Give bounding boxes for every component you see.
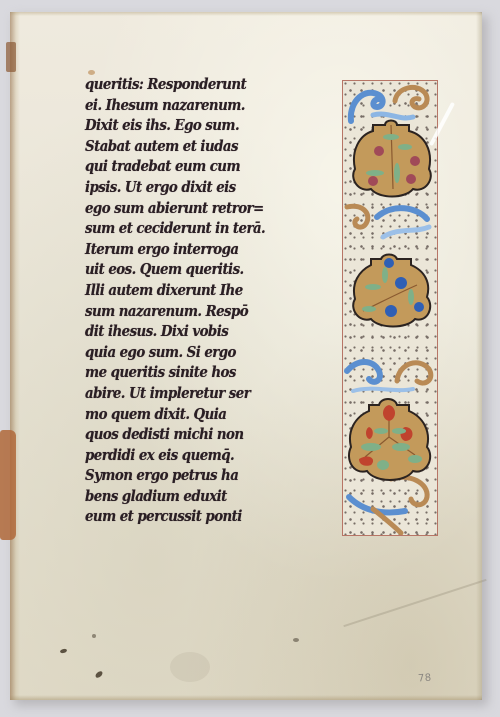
text-line: bens gladium eduxit: [85, 487, 320, 508]
gold-berry-cluster-icon: [349, 253, 435, 331]
right-edge: [476, 12, 482, 700]
text-line: ei. Ihesum nazarenum.: [85, 96, 320, 117]
worn-left-edge: [10, 12, 20, 700]
text-line: sum et ceciderunt in terā.: [85, 219, 320, 240]
stain: [92, 634, 96, 638]
gold-bud-cluster-icon: [345, 397, 435, 487]
text-line: Dixit eis ihs. Ego sum.: [85, 116, 320, 137]
illuminated-border: [342, 80, 438, 536]
acanthus-scroll-icon: [343, 197, 437, 257]
text-line: eum et percussit ponti: [85, 507, 320, 528]
acanthus-scroll-icon: [343, 341, 437, 401]
crease: [343, 579, 486, 627]
text-line: quia ego sum. Si ergo: [85, 343, 320, 364]
text-line: Iterum ergo interroga: [85, 240, 320, 261]
text-line: Symon ergo petrus ha: [85, 466, 320, 487]
text-line: ego sum abierunt retror=: [85, 199, 320, 220]
text-line: qui tradebat eum cum: [85, 157, 320, 178]
text-line: mo quem dixit. Quia: [85, 405, 320, 426]
text-line: perdidi ex eis quemq̄.: [85, 446, 320, 467]
top-edge: [10, 12, 482, 16]
edge-damage: [0, 430, 16, 540]
text-line: dit ihesus. Dixi vobis: [85, 322, 320, 343]
stain: [293, 638, 299, 642]
text-line: abire. Ut impleretur ser: [85, 384, 320, 405]
text-line: me queritis sinite hos: [85, 363, 320, 384]
text-line: ipsis. Ut ergo dixit eis: [85, 178, 320, 199]
stain: [94, 670, 103, 679]
stain: [60, 648, 68, 654]
gold-flower-cluster-icon: [349, 117, 435, 201]
text-line: sum nazarenum. Respō: [85, 302, 320, 323]
text-line: quos dedisti michi non: [85, 425, 320, 446]
manuscript-text: queritis: Responderunt ei. Ihesum nazare…: [85, 75, 340, 528]
folio-number: 78: [418, 673, 432, 685]
stain: [170, 652, 210, 682]
bottom-edge: [10, 695, 482, 700]
text-line: uit eos. Quem queritis.: [85, 260, 320, 281]
text-line: Illi autem dixerunt Ihe: [85, 281, 320, 302]
edge-damage: [6, 42, 16, 72]
text-line: Stabat autem et iudas: [85, 137, 320, 158]
text-line: queritis: Responderunt: [85, 75, 320, 96]
